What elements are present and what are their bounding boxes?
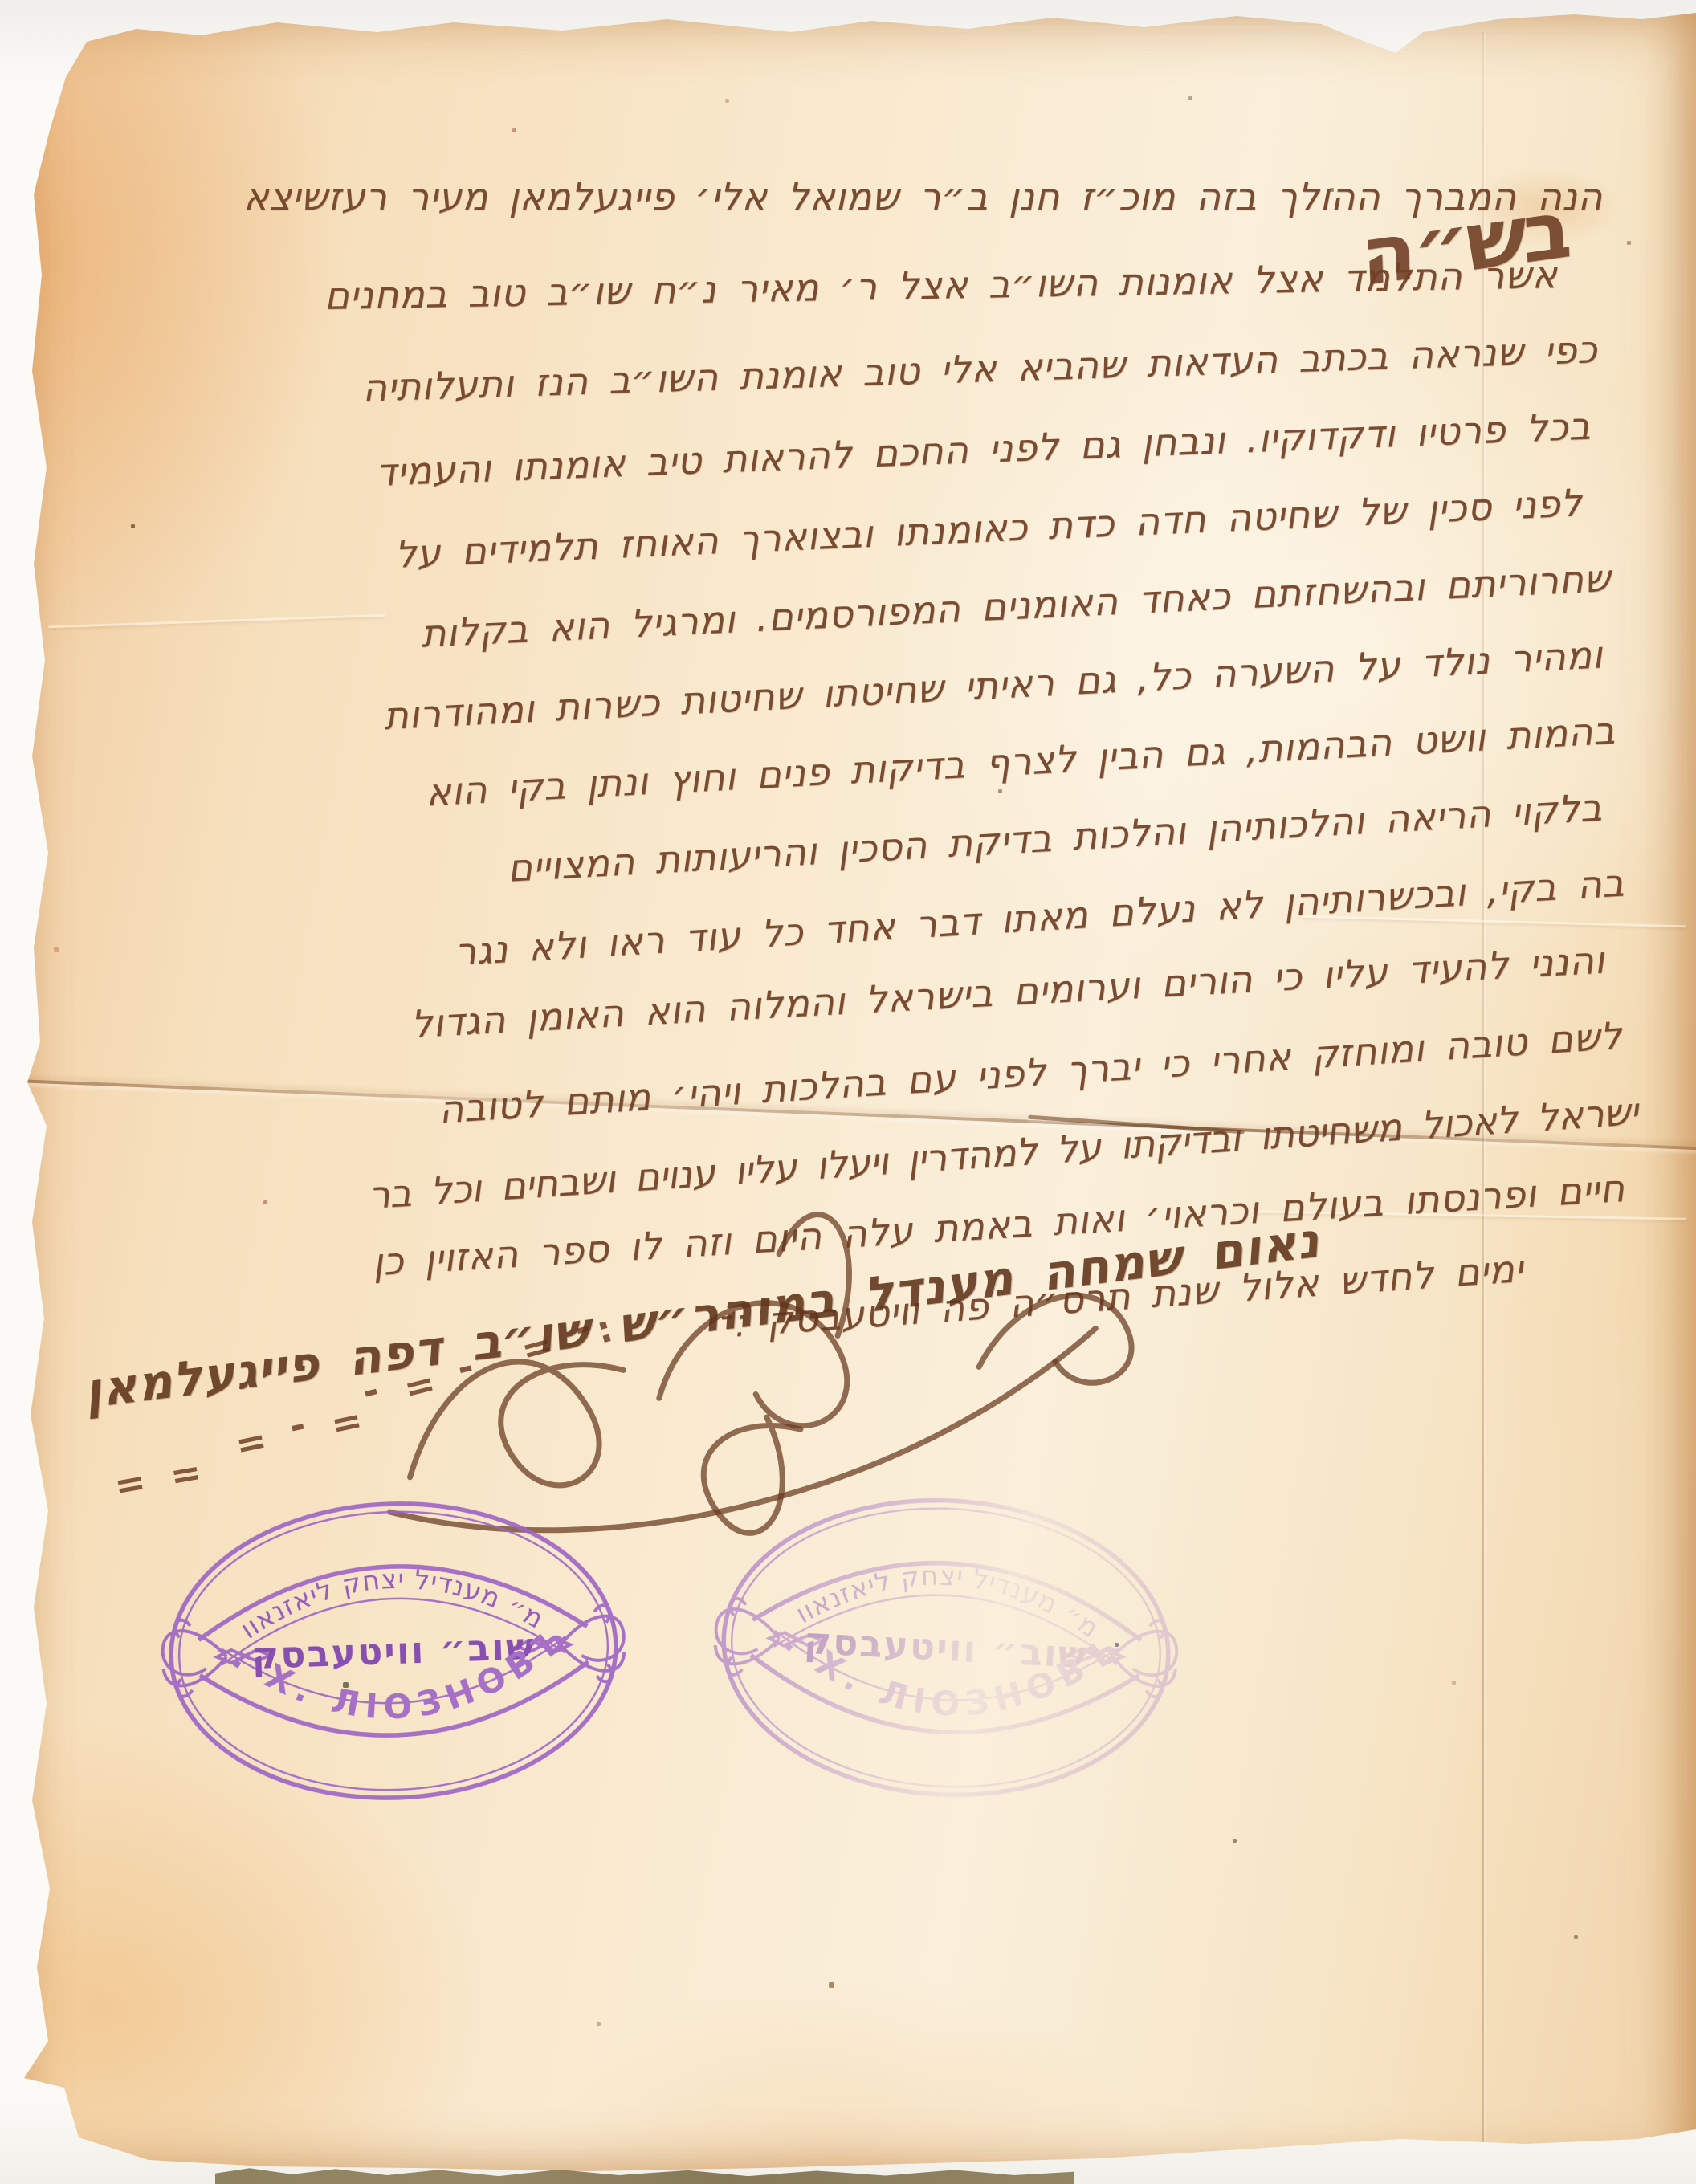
rubber-stamp-right: מ״ מענדיל יצחק ליאזנאוו שוב״ וויטעבסק М.… xyxy=(696,1467,1195,1829)
document-paper: בש״ה הנה המברך ההולך בזה מוכ״ז חנן ב״ר ש… xyxy=(0,0,1696,2184)
scanner-background: בש״ה הנה המברך ההולך בזה מוכ״ז חנן ב״ר ש… xyxy=(0,0,1696,2184)
rubber-stamp-left: מ״ מענדיל יצחק ליאזנאוו שוב״ וויטעבסק М.… xyxy=(147,1474,640,1828)
handwritten-text-block: הנה המברך ההולך בזה מוכ״ז חנן ב״ר שמואל … xyxy=(76,159,1645,1361)
handwritten-line: הנה המברך ההולך בזה מוכ״ז חנן ב״ר שמואל … xyxy=(77,159,1603,235)
foxing-speckles xyxy=(0,0,1,1)
